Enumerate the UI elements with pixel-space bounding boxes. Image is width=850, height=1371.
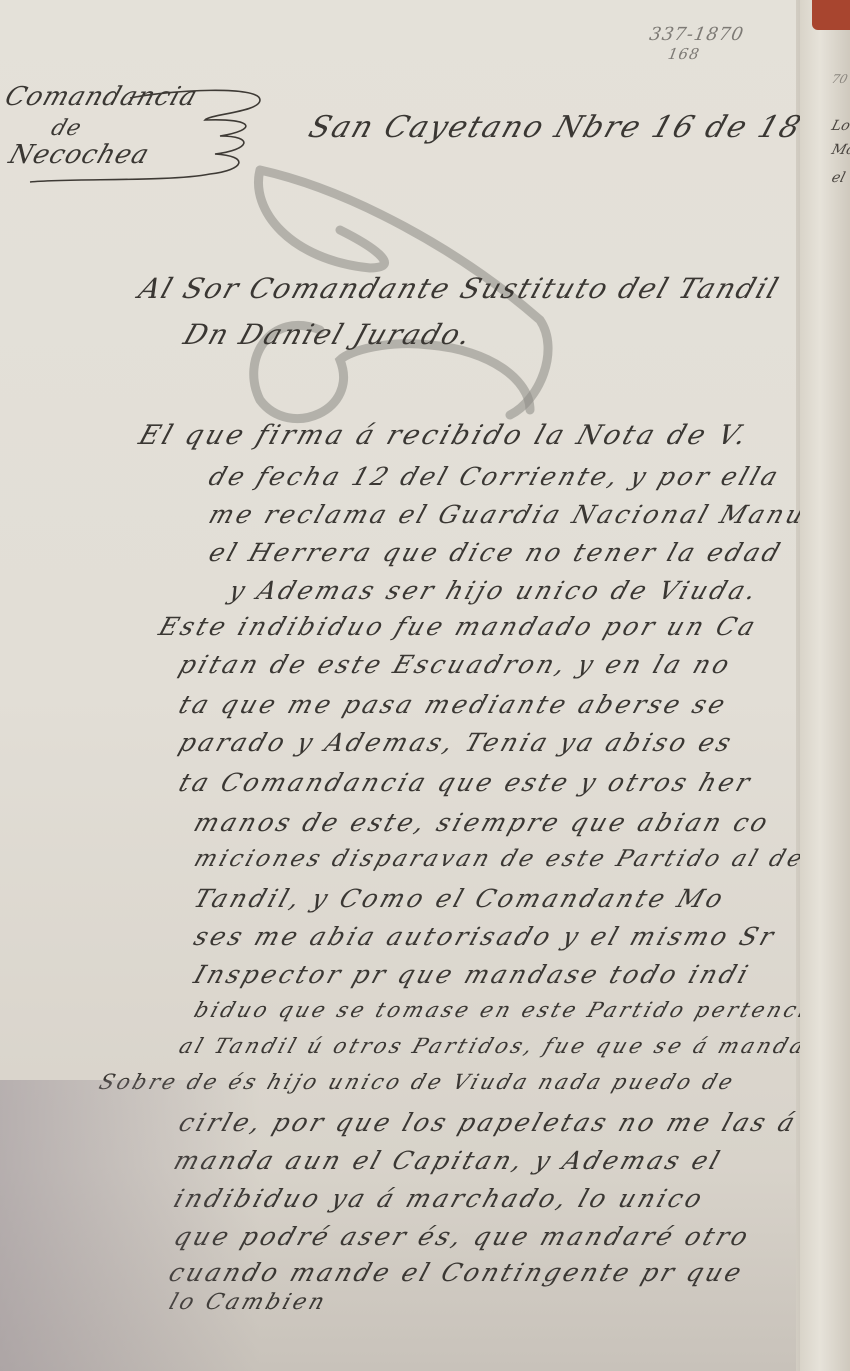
- body-line: lo Cambien: [166, 1290, 331, 1315]
- body-line: cirle, por que los papeletas no me las á: [175, 1108, 801, 1137]
- body-line: Inspector pr que mandase todo indi: [190, 960, 754, 989]
- body-line: parado y Ademas, Tenia ya abiso es: [175, 728, 737, 757]
- body-line: manda aun el Capitan, y Ademas el: [170, 1146, 726, 1175]
- under-page-mark: Lo: [830, 118, 850, 134]
- body-line: Tandil, y Como el Comandante Mo: [190, 884, 729, 913]
- body-line: miciones disparavan de este Partido al d…: [191, 846, 819, 872]
- body-line: Sobre de és hijo unico de Viuda nada pue…: [96, 1070, 739, 1094]
- body-line: Este indibiduo fue mandado por un Ca: [155, 612, 761, 641]
- body-line: ta que me pasa mediante aberse se: [175, 690, 731, 719]
- body-line: al Tandil ú otros Partidos, fue que se á…: [176, 1034, 842, 1058]
- red-folder-corner: [812, 0, 850, 30]
- body-line: el Herrera que dice no tener la edad: [205, 538, 786, 567]
- body-line: me reclama el Guardia Nacional Manu: [205, 500, 810, 529]
- body-line: pitan de este Escuadron, y en la no: [175, 650, 736, 679]
- body-line: de fecha 12 del Corriente, y por ella: [205, 462, 784, 491]
- body-line: biduo que se tomase en este Partido pert…: [191, 998, 850, 1022]
- archive-reference: 337-1870 168: [645, 24, 746, 63]
- body-line: y Ademas ser hijo unico de Viuda.: [225, 576, 763, 605]
- archive-ref-line2: 168: [667, 45, 742, 63]
- body-line: que podré aser és, que mandaré otro: [170, 1222, 754, 1251]
- body-line: indibiduo ya á marchado, lo unico: [170, 1184, 708, 1213]
- archive-ref-line1: 337-1870: [648, 24, 746, 45]
- place-date: San Cayetano Nbre 16 de 1870: [304, 110, 849, 145]
- addressee-line1: Al Sor Comandante Sustituto del Tandil: [135, 272, 785, 305]
- body-line: manos de este, siempre que abian co: [190, 808, 774, 837]
- body-line: ses me abia autorisado y el mismo Sr: [190, 922, 780, 951]
- body-line: ta Comandancia que este y otros her: [175, 768, 756, 797]
- addressee-line2: Dn Daniel Jurado.: [180, 318, 477, 351]
- manuscript-page: 337-1870 168 Comandancia de Necochea San…: [0, 0, 812, 1371]
- underlying-page: [800, 0, 850, 1371]
- body-line: El que firma á recibido la Nota de V.: [135, 420, 753, 451]
- body-line: cuando mande el Contingente pr que: [165, 1258, 748, 1287]
- under-page-mark: Mo: [830, 142, 850, 158]
